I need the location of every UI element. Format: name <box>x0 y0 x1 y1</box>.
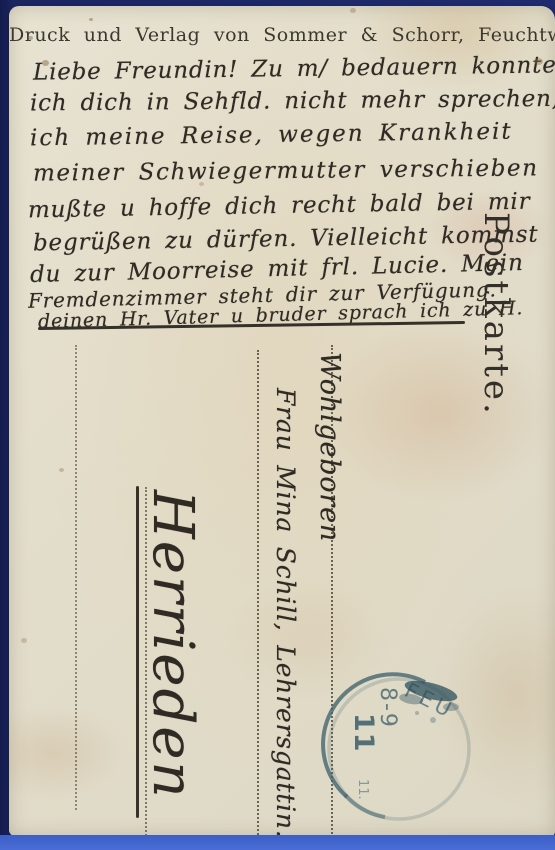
message-line-2: ich dich in Sehfld. nicht mehr sprechen,… <box>30 86 555 117</box>
message-line-4: meiner Schwiegermutter verschieben <box>33 155 539 186</box>
address-rule-2 <box>257 350 259 850</box>
message-line-1: Liebe Freundin! Zu m/ bedauern konnte <box>33 52 555 85</box>
stain-speck <box>350 8 356 13</box>
address-honorific: Wohlgeboren <box>314 352 345 542</box>
address-rule-4 <box>75 345 77 810</box>
message-line-5: mußte u hoffe dich recht bald bei mir <box>28 189 531 224</box>
address-recipient: Frau Mina Schill, Lehrersgattin. <box>271 388 300 839</box>
stain-speck <box>59 468 64 472</box>
stain-speck <box>199 182 204 186</box>
address-town: Herrieden <box>140 490 205 800</box>
publisher-imprint: Druck und Verlag von Sommer & Schorr, Fe… <box>9 24 555 46</box>
stain-speck <box>42 60 49 66</box>
stain-speck <box>89 18 93 21</box>
postmark-stamp: FEU 8-9 11 11. <box>315 665 485 835</box>
stain-speck <box>21 638 27 643</box>
address-town-line <box>136 486 139 818</box>
background-bottom-edge <box>0 835 555 850</box>
stain-speck <box>28 36 33 40</box>
postmark-year-text: 11 <box>348 713 379 753</box>
postcard-back: Druck und Verlag von Sommer & Schorr, Fe… <box>9 6 555 836</box>
message-line-3: ich meine Reise, wegen Krankheit <box>30 119 513 152</box>
postkarte-title: Postkarte. <box>476 212 516 417</box>
stain-speck <box>534 58 543 65</box>
postmark-small-mark: 11. <box>355 779 370 800</box>
